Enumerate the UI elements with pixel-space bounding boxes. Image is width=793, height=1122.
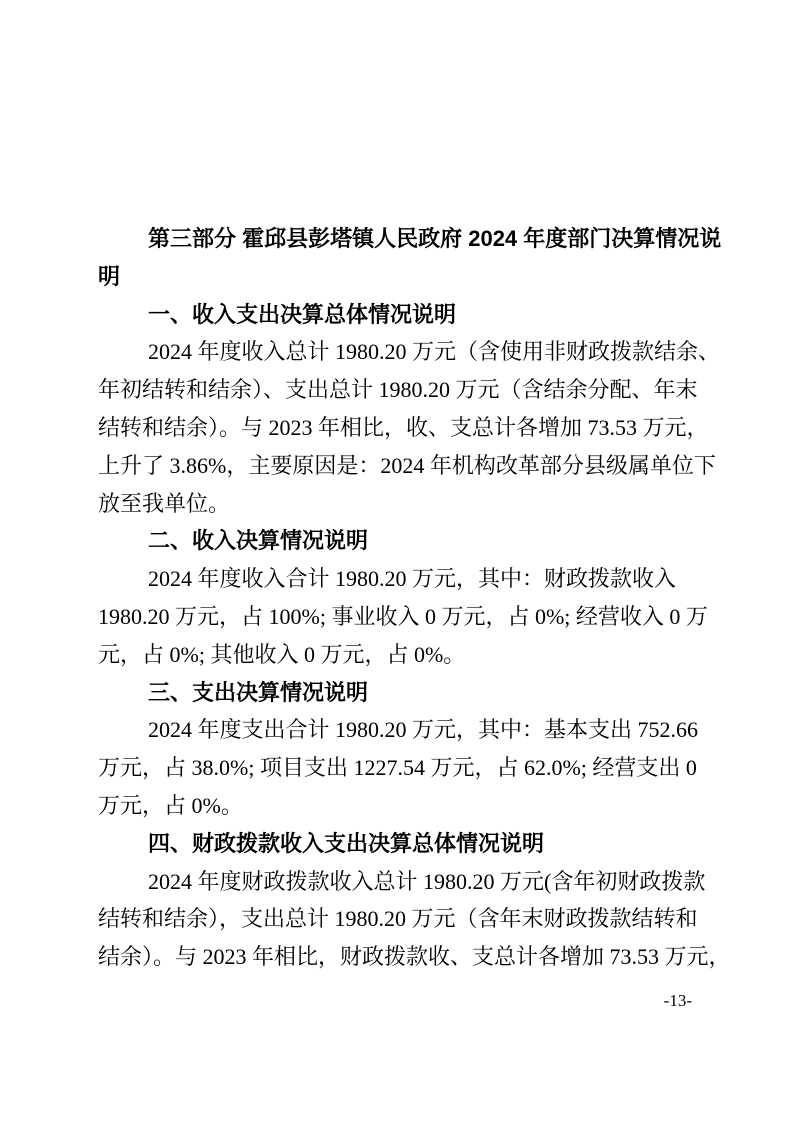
section-1-paragraph-line: 上升了 3.86%，主要原因是：2024 年机构改革部分县级属单位下 [98, 447, 694, 485]
section-1-paragraph-line: 2024 年度收入总计 1980.20 万元（含使用非财政拨款结余、 [98, 333, 694, 371]
part-title-line-1: 第三部分 霍邱县彭塔镇人民政府 2024 年度部门决算情况说 [98, 220, 694, 258]
section-1-paragraph-line: 结转和结余）。与 2023 年相比，收、支总计各增加 73.53 万元， [98, 409, 694, 447]
section-2-paragraph-line: 元，占 0%; 其他收入 0 万元，占 0%。 [98, 636, 694, 674]
section-3-paragraph-line: 万元，占 38.0%; 项目支出 1227.54 万元，占 62.0%; 经营支… [98, 749, 694, 787]
section-2-heading: 二、收入决算情况说明 [98, 522, 694, 560]
section-4-paragraph-line: 结余）。与 2023 年相比，财政拨款收、支总计各增加 73.53 万元， [98, 938, 694, 976]
section-3-heading: 三、支出决算情况说明 [98, 674, 694, 712]
document-page: 第三部分 霍邱县彭塔镇人民政府 2024 年度部门决算情况说 明 一、收入支出决… [0, 0, 793, 1122]
section-2-paragraph-line: 2024 年度收入合计 1980.20 万元，其中：财政拨款收入 [98, 560, 694, 598]
section-3-paragraph-line: 万元，占 0%。 [98, 787, 694, 825]
section-4-paragraph-line: 2024 年度财政拨款收入总计 1980.20 万元(含年初财政拨款 [98, 863, 694, 901]
page-number: -13- [664, 991, 692, 1011]
section-3-paragraph-line: 2024 年度支出合计 1980.20 万元，其中：基本支出 752.66 [98, 711, 694, 749]
section-2-paragraph-line: 1980.20 万元，占 100%; 事业收入 0 万元，占 0%; 经营收入 … [98, 598, 694, 636]
section-1-heading: 一、收入支出决算总体情况说明 [98, 296, 694, 334]
part-title-line-2: 明 [98, 258, 694, 296]
section-4-heading: 四、财政拨款收入支出决算总体情况说明 [98, 825, 694, 863]
section-1-paragraph-line: 年初结转和结余）、支出总计 1980.20 万元（含结余分配、年末 [98, 371, 694, 409]
section-4-paragraph-line: 结转和结余），支出总计 1980.20 万元（含年末财政拨款结转和 [98, 900, 694, 938]
document-content: 第三部分 霍邱县彭塔镇人民政府 2024 年度部门决算情况说 明 一、收入支出决… [98, 220, 694, 976]
section-1-paragraph-line: 放至我单位。 [98, 485, 694, 523]
